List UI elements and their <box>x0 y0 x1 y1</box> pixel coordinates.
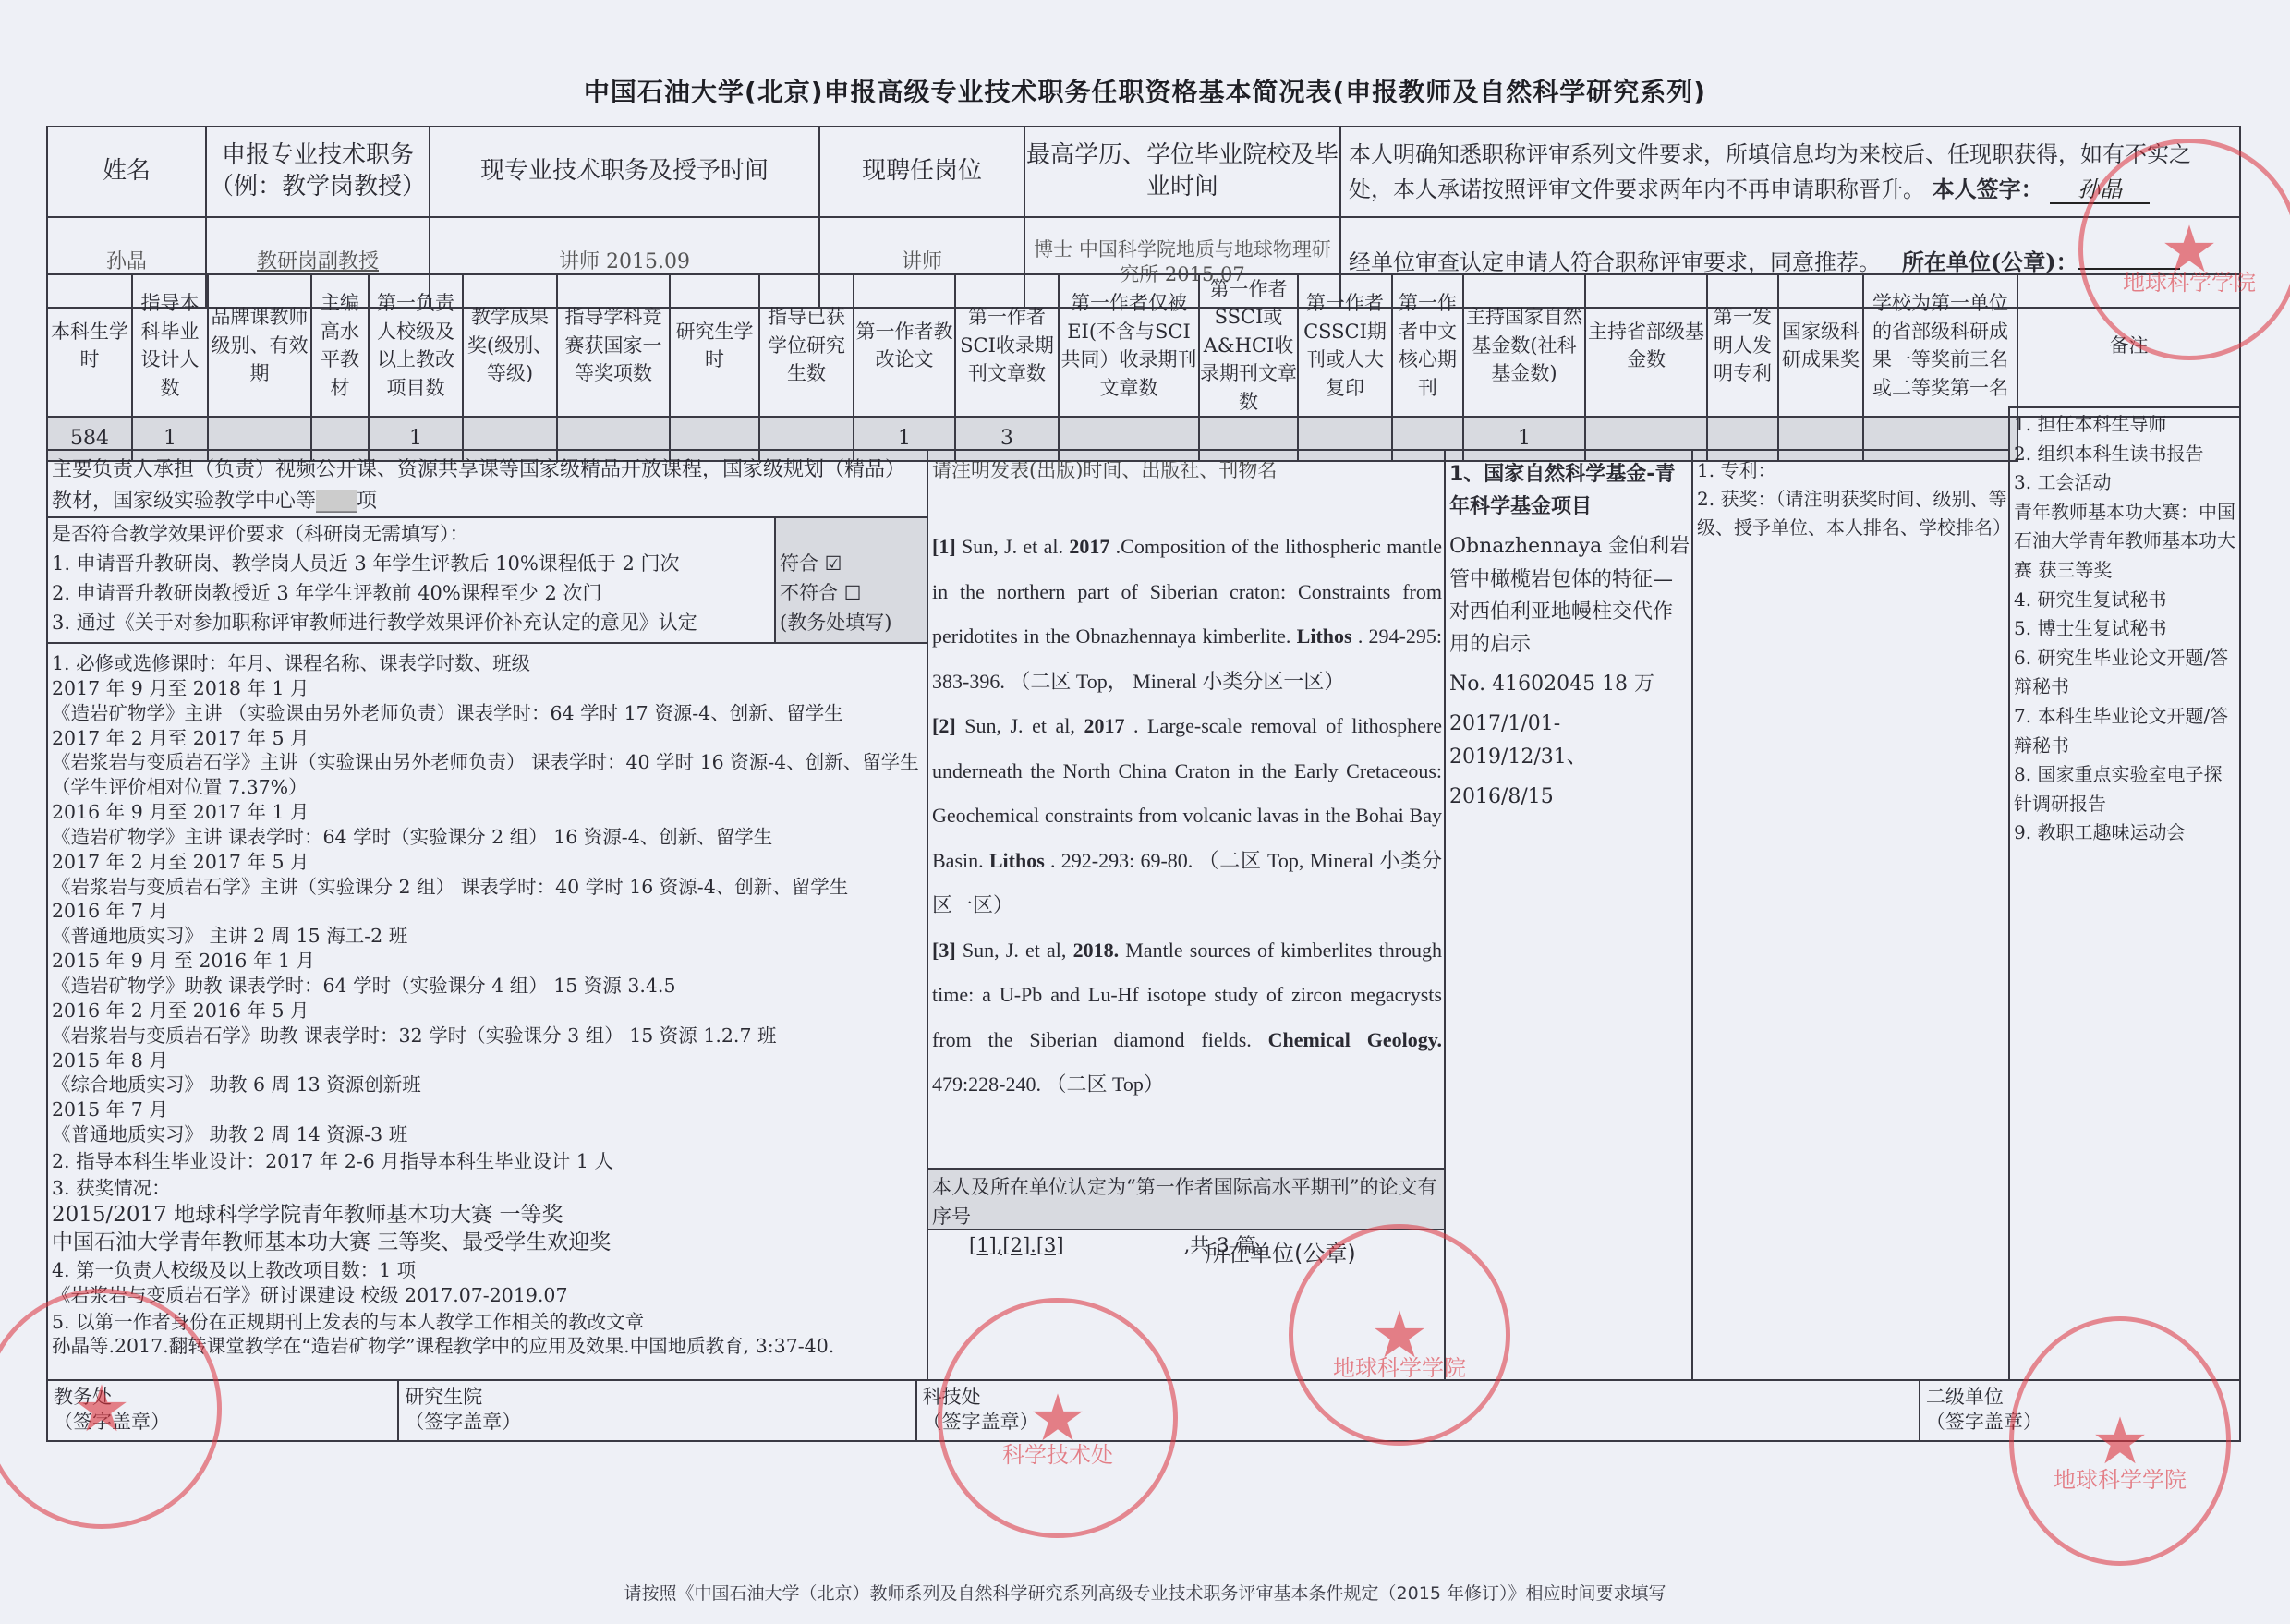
stats-header-12: 第一作者SSCI或A&HCI收录期刊文章数 <box>1199 274 1298 417</box>
national-course-cell: 主要负责人承担（负责）视频公开课、资源共享课等国家级精品开放课程，国家级规划（精… <box>46 449 928 518</box>
stats-header-5: 教学成果奖(级别、等级) <box>463 274 557 417</box>
eval-option-label: 不符合 <box>780 582 838 604</box>
teaching-detail-line: 2017 年 2 月至 2017 年 5 月 <box>52 726 925 751</box>
header-current-title: 现专业技术职务及授予时间 <box>430 127 819 217</box>
teaching-detail-line: 《岩浆岩与变质岩石学》研讨课建设 校级 2017.07-2019.07 <box>52 1283 925 1308</box>
stats-header-8: 指导已获学位研究生数 <box>759 274 854 417</box>
national-course-blank[interactable]: ____ <box>316 490 357 513</box>
stats-header-17: 第一发明人发明专利 <box>1707 274 1778 417</box>
publication-num: [3] <box>932 939 956 962</box>
confirm-prefix: 本人及所在单位认定为“第一作者国际高水平期刊”的论文有序号 <box>932 1176 1436 1228</box>
unit-statement: 经单位审查认定申请人符合职称评审要求，同意推荐。 <box>1349 249 1881 275</box>
stats-header-4: 第一负责人校级及以上教改项目数 <box>369 274 463 417</box>
signoff-cell-3: 二级单位（签字盖章） <box>1920 1380 2240 1441</box>
teaching-detail-line: 《综合地质实习》 助教 6 周 13 资源创新班 <box>52 1073 925 1097</box>
stats-header-0: 本科生学时 <box>47 274 132 417</box>
publication-item: [1] Sun, J. et al. 2017 .Composition of … <box>932 525 1442 704</box>
teaching-detail-line: 4. 第一负责人校级及以上教改项目数：1 项 <box>52 1258 925 1283</box>
teaching-detail-line: 2017 年 9 月至 2018 年 1 月 <box>52 676 925 701</box>
stats-header-14: 第一作者中文核心期刊 <box>1392 274 1463 417</box>
signoff-office: 科技处 <box>923 1385 1913 1410</box>
publication-num: [2] <box>932 714 956 737</box>
eval-line: 是否符合教学效果评价要求（科研岗无需填写）： <box>52 520 777 550</box>
teaching-detail-line: 2016 年 7 月 <box>52 899 925 924</box>
stats-header-20: 备注 <box>2017 274 2240 417</box>
publication-authors: Sun, J. et al. <box>962 535 1063 558</box>
stats-header-7: 研究生学时 <box>670 274 759 417</box>
teaching-detail-line: 孙晶等.2017.翻转课堂教学在“造岩矿物学”课程教学中的应用及效果.中国地质教… <box>52 1334 925 1359</box>
remark-item: 8. 国家重点实验室电子探针调研报告 <box>2014 760 2239 818</box>
teaching-detail-line: 2016 年 9 月至 2017 年 1 月 <box>52 800 925 825</box>
teaching-detail-line: 《普通地质实习》 助教 2 周 14 资源-3 班 <box>52 1122 925 1147</box>
fund-line: 2016/8/15 <box>1449 781 1691 813</box>
patents-awards-cell: 1. 专利：2. 获奖：（请注明获奖时间、级别、等级、授予单位、本人排名、学校排… <box>1691 449 2010 1381</box>
teaching-detail-line: 《造岩矿物学》助教 课表学时：64 学时（实验课分 4 组） 15 资源 3.4… <box>52 974 925 999</box>
stats-header-16: 主持省部级基金数 <box>1585 274 1707 417</box>
eval-option-label: 符合 <box>780 552 818 575</box>
signoff-office: 二级单位 <box>1926 1385 2234 1410</box>
publication-journal: Chemical Geology. <box>1268 1028 1442 1051</box>
stats-header-2: 品牌课教师级别、有效期 <box>208 274 311 417</box>
form-title: 中国石油大学(北京)申报高级专业技术职务任职资格基本简况表(申报教师及自然科学研… <box>0 72 2290 109</box>
stats-header-13: 第一作者CSSCI期刊或人大复印 <box>1298 274 1392 417</box>
national-course-text: 主要负责人承担（负责）视频公开课、资源共享课等国家级精品开放课程，国家级规划（精… <box>52 458 905 513</box>
header-applied-position: 申报专业技术职务（例：教学岗教授） <box>206 127 430 217</box>
remark-item: 7. 本科生毕业论文开题/答辩秘书 <box>2014 702 2239 760</box>
remark-item: 9. 教职工趣味运动会 <box>2014 818 2239 848</box>
publication-year: 2017 <box>1069 535 1109 558</box>
teaching-detail-line: 2015/2017 地球科学学院青年教师基本功大赛 一等奖 <box>52 1201 925 1229</box>
teaching-detail-line: 2015 年 7 月 <box>52 1097 925 1122</box>
stats-header-9: 第一作者教改论文 <box>854 274 955 417</box>
remarks-cell: 1. 担任本科生导师2. 组织本科生读书报告3. 工会活动青年教师基本功大赛：中… <box>2008 406 2241 1381</box>
eval-option-noncompliant[interactable]: 不符合 ☐ <box>780 579 891 609</box>
national-course-suffix: 项 <box>357 490 377 513</box>
unchecked-box-icon[interactable]: ☐ <box>838 582 862 604</box>
stats-header-19: 学校为第一单位的省部级科研成果一等奖前三名或二等奖第一名 <box>1863 274 2017 417</box>
header-current-post: 现聘任岗位 <box>819 127 1024 217</box>
remark-item: 3. 工会活动 <box>2014 468 2239 498</box>
publication-authors: Sun, J. et al, <box>963 939 1067 962</box>
fund-line: Obnazhennaya 金伯利岩管中橄榄岩包体的特征—对西伯利亚地幔柱交代作用… <box>1449 530 1691 661</box>
fund-line: 1、国家自然科学基金-青年科学基金项目 <box>1449 458 1691 523</box>
teaching-detail-line: 2015 年 9 月 至 2016 年 1 月 <box>52 949 925 974</box>
teaching-detail-line: 3. 获奖情况： <box>52 1176 925 1201</box>
publication-item: [2] Sun, J. et al, 2017 . Large-scale re… <box>932 704 1442 928</box>
header-education: 最高学历、学位毕业院校及毕业时间 <box>1024 127 1340 217</box>
signoff-cell-2: 科技处（签字盖章） <box>916 1380 1920 1441</box>
publications-instruction: 请注明发表(出版)时间、出版社、刊物名 <box>932 456 1277 484</box>
eval-note: (教务处填写) <box>780 609 891 638</box>
signoff-office: 研究生院 <box>405 1385 909 1410</box>
publication-journal: Lithos <box>989 849 1045 872</box>
signoff-cell-1: 研究生院（签字盖章） <box>398 1380 915 1441</box>
publication-pages: . 292-293: 69-80. <box>1050 849 1193 872</box>
stats-header-18: 国家级科研成果奖 <box>1778 274 1863 417</box>
checked-box-icon[interactable]: ☑ <box>818 552 842 575</box>
teaching-detail-line: 2017 年 2 月至 2017 年 5 月 <box>52 850 925 875</box>
publications-confirm-cell: 本人及所在单位认定为“第一作者国际高水平期刊”的论文有序号 [1],[2].[3… <box>927 1168 1446 1230</box>
teaching-detail-line: 《岩浆岩与变质岩石学》助教 课表学时：32 学时（实验课分 3 组） 15 资源… <box>52 1024 925 1048</box>
teaching-eval-cell: 是否符合教学效果评价要求（科研岗无需填写）：1. 申请晋升教研岗、教学岗人员近 … <box>46 516 776 644</box>
signoff-note: （签字盖章） <box>1926 1410 2234 1435</box>
publication-journal: Lithos <box>1297 624 1352 648</box>
teaching-detail-line: 《造岩矿物学》主讲 课表学时：64 学时（实验课分 2 组） 16 资源-4、创… <box>52 825 925 850</box>
eval-option-compliant[interactable]: 符合 ☑ <box>780 550 891 579</box>
publication-year: 2017 <box>1084 714 1124 737</box>
footer-note: 请按照《中国石油大学（北京）教师系列及自然科学研究系列高级专业技术职务评审基本条… <box>0 1580 2290 1605</box>
publication-authors: Sun, J. et al, <box>964 714 1075 737</box>
header-name: 姓名 <box>47 127 206 217</box>
signoff-table: 教务处（签字盖章）研究生院（签字盖章）科技处（签字盖章）二级单位（签字盖章） <box>46 1379 2241 1442</box>
teaching-detail-line: 2016 年 2 月至 2016 年 5 月 <box>52 999 925 1024</box>
remark-item: 4. 研究生复试秘书 <box>2014 586 2239 615</box>
teaching-detail-line: 《岩浆岩与变质岩石学》主讲（实验课分 2 组） 课表学时：40 学时 16 资源… <box>52 875 925 900</box>
teaching-detail-line: 《岩浆岩与变质岩石学》主讲（实验课由另外老师负责） 课表学时：40 学时 16 … <box>52 750 925 800</box>
teaching-eval-result-cell: 符合 ☑不符合 ☐(教务处填写) <box>774 516 928 644</box>
remark-item: 6. 研究生毕业论文开题/答辩秘书 <box>2014 644 2239 702</box>
stats-header-3: 主编高水平教材 <box>311 274 369 417</box>
publication-rank: （二区 Top， Mineral 小类分区一区） <box>1010 670 1344 693</box>
teaching-detail-line: 2015 年 8 月 <box>52 1048 925 1073</box>
signoff-cell-0: 教务处（签字盖章） <box>47 1380 398 1441</box>
unit-seal-label: 所在单位(公章)： <box>1902 248 2078 275</box>
signoff-note: （签字盖章） <box>54 1410 392 1435</box>
signoff-note: （签字盖章） <box>923 1410 1913 1435</box>
teaching-detail-line: 1. 必修或选修课时：年月、课程名称、课表学时数、班级 <box>52 651 925 676</box>
teaching-detail-line: 5. 以第一作者身份在正规期刊上发表的与本人教学工作相关的教改文章 <box>52 1310 925 1335</box>
publications-cell: 请注明发表(出版)时间、出版社、刊物名 [1] Sun, J. et al. 2… <box>927 449 1446 1170</box>
stats-header-10: 第一作者SCI收录期刊文章数 <box>955 274 1059 417</box>
remark-item: 5. 博士生复试秘书 <box>2014 614 2239 644</box>
teaching-detail-line: 中国石油大学青年教师基本功大赛 三等奖、最受学生欢迎奖 <box>52 1229 925 1256</box>
signoff-office: 教务处 <box>54 1385 392 1410</box>
eval-line: 2. 申请晋升教研岗教授近 3 年学生评教前 40%课程至少 2 次门 <box>52 579 777 609</box>
teaching-detail-line: 《普通地质实习》 主讲 2 周 15 海工-2 班 <box>52 924 925 949</box>
remark-item: 2. 组织本科生读书报告 <box>2014 440 2239 469</box>
stats-table: 本科生学时指导本科毕业设计人数品牌课教师级别、有效期主编高水平教材第一负责人校级… <box>46 273 2241 462</box>
eval-line: 1. 申请晋升教研岗、教学岗人员近 3 年学生评教后 10%课程低于 2 门次 <box>52 550 777 579</box>
declaration-cell: 本人明确知悉职称评审系列文件要求，所填信息均为来校后、任现职获得，如有不实之处，… <box>1340 127 2240 217</box>
patents-awards-line: 2. 获奖：（请注明获奖时间、级别、等级、授予单位、本人排名、学校排名） <box>1697 485 2007 542</box>
publication-rank: （二区 Top） <box>1046 1073 1163 1096</box>
fund-line: No. 41602045 18 万 <box>1449 668 1691 700</box>
publication-year: 2018. <box>1073 939 1120 962</box>
publications-seal-cell: 所在单位(公章) <box>927 1229 1446 1381</box>
stats-header-6: 指导学科竞赛获国家一等奖项数 <box>557 274 670 417</box>
teaching-details-cell: 1. 必修或选修课时：年月、课程名称、课表学时数、班级2017 年 9 月至 2… <box>46 642 928 1381</box>
publications-seal-label: 所在单位(公章) <box>1206 1238 1356 1270</box>
publication-num: [1] <box>932 535 956 558</box>
remark-item: 1. 担任本科生导师 <box>2014 410 2239 440</box>
fund-cell: 1、国家自然科学基金-青年科学基金项目Obnazhennaya 金伯利岩管中橄榄… <box>1444 449 1693 1381</box>
remark-item: 青年教师基本功大赛：中国石油大学青年教师基本功大赛 获三等奖 <box>2014 498 2239 586</box>
fund-line: 2017/1/01-2019/12/31、 <box>1449 708 1691 772</box>
stats-header-1: 指导本科毕业设计人数 <box>132 274 208 417</box>
signoff-note: （签字盖章） <box>405 1410 909 1435</box>
publication-item: [3] Sun, J. et al, 2018. Mantle sources … <box>932 928 1442 1108</box>
patents-awards-line: 1. 专利： <box>1697 456 2007 485</box>
teaching-detail-line: 2. 指导本科生毕业设计：2017 年 2-6 月指导本科生毕业设计 1 人 <box>52 1149 925 1174</box>
applicant-signature: 孙晶 <box>2050 176 2150 204</box>
signature-label: 本人签字： <box>1933 176 2043 202</box>
stats-header-11: 第一作者仅被EI(不含与SCI共同）收录期刊文章数 <box>1059 274 1199 417</box>
publication-pages: 479:228-240. <box>932 1073 1041 1096</box>
stats-header-15: 主持国家自然基金数(社科基金数) <box>1463 274 1585 417</box>
teaching-detail-line: 《造岩矿物学》主讲 （实验课由另外老师负责）课表学时：64 学时 17 资源-4… <box>52 701 925 726</box>
eval-line: 3. 通过《关于对参加职称评审教师进行教学效果评价补充认定的意见》认定 <box>52 609 777 638</box>
